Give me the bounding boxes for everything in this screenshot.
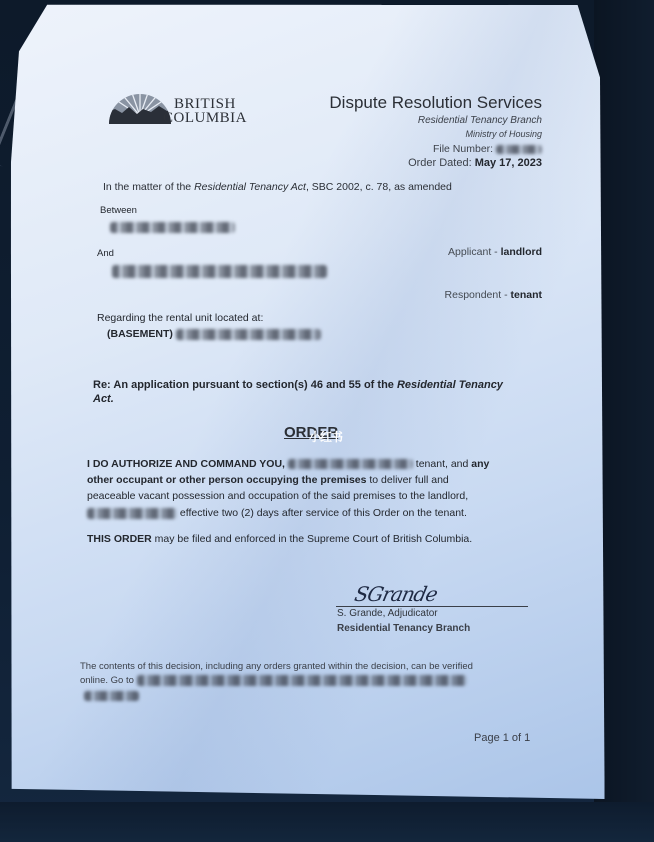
redacted-applicant-name	[110, 222, 235, 233]
rental-unit-address: (BASEMENT)	[107, 328, 321, 340]
redacted-verification-url-cont	[84, 691, 139, 701]
respondent-label: Respondent -	[445, 289, 511, 301]
this-order-text: THIS ORDER	[87, 533, 152, 545]
occupant-text: other occupant or other person occupying…	[87, 474, 366, 486]
ministry-name: Ministry of Housing	[465, 129, 542, 139]
order-paragraph-line1: I DO AUTHORIZE AND COMMAND YOU, tenant, …	[87, 458, 489, 470]
signature-line	[336, 606, 528, 607]
watermark: 小红书	[309, 428, 342, 445]
redacted-landlord-name	[87, 508, 177, 519]
order-line1-rest: tenant, and	[413, 458, 471, 470]
re-text: Re: An application pursuant to section(s…	[93, 379, 397, 391]
file-number: File Number:	[433, 143, 542, 155]
applicant-role-value: landlord	[501, 246, 542, 258]
enforcement-rest: may be filed and enforced in the Supreme…	[152, 533, 472, 545]
respondent-role: Respondent - tenant	[445, 289, 542, 301]
redacted-tenant-name	[288, 459, 413, 469]
between-label: Between	[100, 205, 137, 216]
adjudicator-name: S. Grande, Adjudicator	[337, 608, 438, 619]
order-dated-label: Order Dated:	[408, 157, 472, 169]
matter-prefix: In the matter of the	[103, 181, 194, 193]
command-text: I DO AUTHORIZE AND COMMAND YOU,	[87, 458, 285, 470]
and-label: And	[97, 248, 114, 259]
branch-name: Residential Tenancy Branch	[418, 115, 542, 126]
rental-unit-label: Regarding the rental unit located at:	[97, 312, 263, 324]
adjudicator-signature: SGrande	[352, 582, 439, 606]
application-reference: Re: An application pursuant to section(s…	[93, 379, 503, 391]
verification-note-line1: The contents of this decision, including…	[80, 661, 473, 672]
application-reference-cont: Act.	[93, 393, 114, 405]
document: BRITISH COLUMBIA Dispute Resolution Serv…	[0, 0, 654, 842]
adjudicator-branch: Residential Tenancy Branch	[337, 623, 470, 634]
order-paragraph-line4: effective two (2) days after service of …	[87, 507, 467, 519]
order-paragraph-line2: other occupant or other person occupying…	[87, 474, 449, 486]
order-line1-any: any	[471, 458, 489, 470]
service-title: Dispute Resolution Services	[329, 93, 542, 113]
matter-act: Residential Tenancy Act	[194, 181, 306, 193]
matter-line: In the matter of the Residential Tenancy…	[103, 181, 452, 193]
enforcement-paragraph: THIS ORDER may be filed and enforced in …	[87, 533, 472, 545]
applicant-label: Applicant -	[448, 246, 501, 258]
redacted-respondent-name	[112, 265, 327, 278]
logo-text-columbia: COLUMBIA	[163, 110, 247, 127]
re-act: Residential Tenancy	[397, 379, 503, 391]
redacted-address	[176, 329, 321, 340]
verification-note-line2: online. Go to	[80, 675, 467, 686]
file-number-label: File Number:	[433, 143, 493, 155]
redacted-verification-url	[137, 675, 467, 686]
order-paragraph-line3: peaceable vacant possession and occupati…	[87, 490, 468, 502]
rental-unit-prefix: (BASEMENT)	[107, 328, 173, 340]
redacted-file-number	[496, 145, 542, 154]
applicant-role: Applicant - landlord	[448, 246, 542, 258]
order-line4-rest: effective two (2) days after service of …	[177, 507, 467, 519]
order-dated-value: May 17, 2023	[475, 157, 542, 169]
page-number: Page 1 of 1	[474, 732, 530, 744]
verification-prefix: online. Go to	[80, 675, 134, 686]
order-dated: Order Dated: May 17, 2023	[408, 157, 542, 169]
order-line2-rest: to deliver full and	[366, 474, 448, 486]
respondent-role-value: tenant	[511, 289, 543, 301]
matter-suffix: , SBC 2002, c. 78, as amended	[306, 181, 452, 193]
